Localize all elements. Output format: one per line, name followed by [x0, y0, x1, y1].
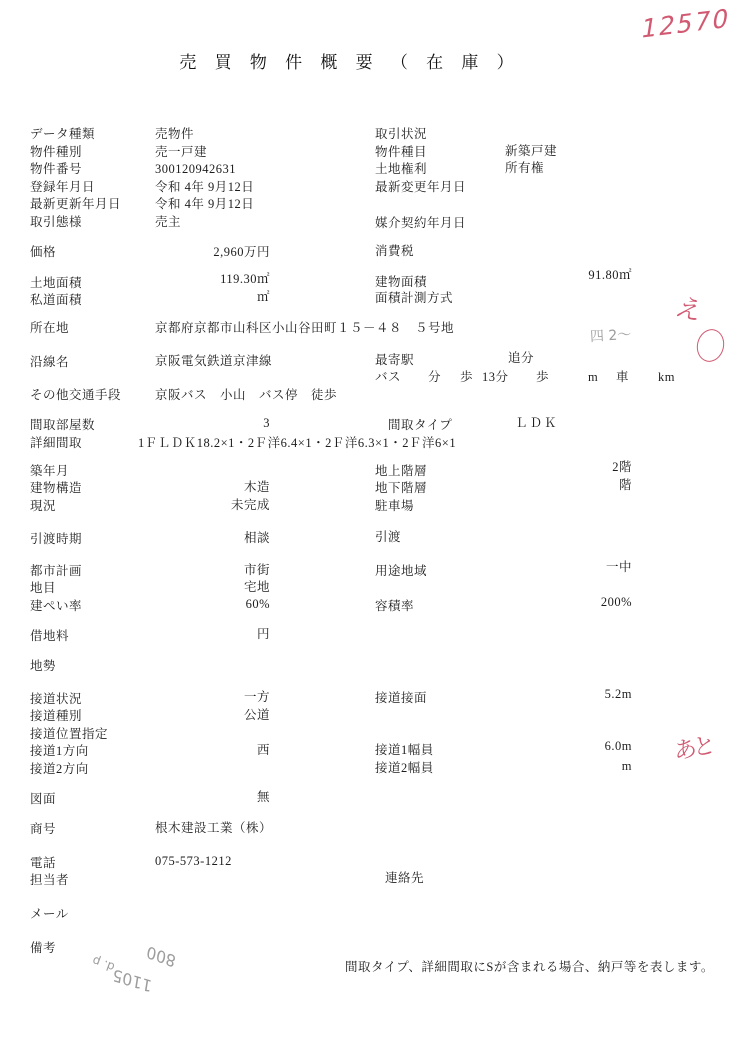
- field-label-nearest-station: 最寄駅: [375, 354, 414, 367]
- field-label-email: メール: [30, 908, 69, 921]
- field-label-road2-direction: 接道2方向: [30, 763, 89, 776]
- transit-bus-label: バス: [375, 371, 401, 384]
- handwritten-doc-number: 12570: [639, 5, 732, 42]
- scanned-property-summary-document: 売 買 物 件 概 要 （ 在 庫 ） 12570 データ種類 売物件 取引状況…: [0, 0, 744, 1053]
- field-label-handover: 引渡: [375, 531, 401, 544]
- field-label-area-measurement: 面積計測方式: [375, 292, 453, 305]
- page-title: 売 買 物 件 概 要 （ 在 庫 ）: [0, 54, 700, 71]
- field-label-property-number: 物件番号: [30, 163, 82, 176]
- field-label-floor-plan-detail: 詳細間取: [30, 437, 82, 450]
- field-label-location: 所在地: [30, 322, 69, 335]
- field-value-nearest-station: 追分: [508, 352, 534, 365]
- handwritten-red-circle: [693, 326, 727, 365]
- field-label-structure: 建物構造: [30, 482, 82, 495]
- field-label-rooms: 間取部屋数: [30, 419, 95, 432]
- field-label-building-area: 建物面積: [375, 276, 427, 289]
- field-label-property-category: 物件種別: [30, 146, 82, 159]
- field-label-road1-direction: 接道1方向: [30, 745, 89, 758]
- transit-car-label: 車: [616, 371, 629, 384]
- field-label-floors-above: 地上階層: [375, 465, 427, 478]
- field-label-current-state: 現況: [30, 500, 56, 513]
- field-label-last-modified-date: 最新変更年月日: [375, 181, 466, 194]
- field-value-floor-area-ratio: 200%: [490, 596, 632, 609]
- field-label-zoning: 用途地域: [375, 565, 427, 578]
- field-value-location: 京都府京都市山科区小山谷田町１５－４８ ５号地: [155, 322, 454, 335]
- field-label-parking: 駐車場: [375, 500, 414, 513]
- handwritten-pencil-bottom-2: 1105: [112, 966, 153, 994]
- field-label-land-area: 土地面積: [30, 277, 82, 290]
- transit-meter-label: m: [588, 371, 598, 384]
- field-value-registered-date: 令和 4年 9月12日: [155, 181, 254, 194]
- field-value-current-state: 未完成: [120, 499, 270, 512]
- field-value-road2-width: m: [490, 760, 632, 773]
- transit-bus-minutes-label: 分: [428, 371, 441, 384]
- field-value-road-contact: 一方: [120, 691, 270, 704]
- field-label-road1-width: 接道1幅員: [375, 744, 434, 757]
- field-value-land-category: 宅地: [120, 581, 270, 594]
- field-value-rooms: 3: [120, 417, 270, 430]
- field-value-road1-width: 6.0m: [490, 740, 632, 753]
- field-label-company: 商号: [30, 823, 56, 836]
- field-label-property-type: 物件種目: [375, 146, 427, 159]
- field-label-land-rights: 土地権利: [375, 163, 427, 176]
- field-value-city-planning: 市街: [120, 564, 270, 577]
- transit-km-label: km: [658, 371, 675, 384]
- field-label-phone: 電話: [30, 857, 56, 870]
- field-value-drawing: 無: [120, 791, 270, 804]
- field-label-private-road-area: 私道面積: [30, 294, 82, 307]
- field-value-road-type: 公道: [120, 709, 270, 722]
- transit-walk2-label: 歩: [536, 371, 549, 384]
- field-value-land-rights: 所有権: [505, 162, 544, 175]
- field-value-last-updated-date: 令和 4年 9月12日: [155, 198, 254, 211]
- handwritten-red-mark: え: [671, 295, 706, 325]
- field-label-floor-plan-type: 間取タイプ: [388, 419, 452, 432]
- field-label-other-transport: その他交通手段: [30, 389, 121, 402]
- field-label-road2-width: 接道2幅員: [375, 762, 434, 775]
- field-value-floor-plan-type: ＬＤＫ: [515, 417, 559, 430]
- field-label-transaction-mode: 取引態様: [30, 216, 82, 229]
- field-label-agency-contract-date: 媒介契約年月日: [375, 217, 466, 230]
- field-value-zoning: 一中: [490, 561, 632, 574]
- field-label-topography: 地勢: [30, 660, 56, 673]
- field-label-registered-date: 登録年月日: [30, 181, 95, 194]
- field-label-price: 価格: [30, 246, 56, 259]
- field-value-floors-above: 2階: [490, 461, 632, 474]
- transit-walk-minutes: 13分: [482, 371, 509, 384]
- field-label-road-frontage: 接道接面: [375, 692, 427, 705]
- field-value-building-coverage: 60%: [120, 598, 270, 611]
- field-label-building-coverage: 建ぺい率: [30, 600, 82, 613]
- field-label-remarks: 備考: [30, 942, 56, 955]
- field-label-land-category: 地目: [30, 582, 56, 595]
- field-value-private-road-area: ㎡: [120, 291, 270, 304]
- field-label-city-planning: 都市計画: [30, 565, 82, 578]
- field-label-contact: 連絡先: [385, 872, 424, 885]
- field-value-road-frontage: 5.2m: [490, 688, 632, 701]
- field-value-other-transport: 京阪バス 小山 バス停 徒歩: [155, 389, 337, 402]
- field-value-phone: 075-573-1212: [155, 855, 232, 868]
- field-value-company: 根木建設工業（株）: [155, 822, 272, 835]
- field-value-property-number: 300120942631: [155, 163, 236, 176]
- field-label-contact-person: 担当者: [30, 874, 69, 887]
- field-value-road1-direction: 西: [120, 744, 270, 757]
- field-label-road-contact: 接道状況: [30, 693, 82, 706]
- field-label-data-type: データ種類: [30, 128, 95, 141]
- field-value-handover-time: 相談: [120, 532, 270, 545]
- handwritten-red-note: あと: [673, 735, 712, 765]
- handwritten-pencil-note: 四 2〜: [590, 328, 632, 344]
- field-value-building-area: 91.80㎡: [490, 269, 632, 282]
- transit-walk-label: 歩: [460, 371, 473, 384]
- field-value-floor-plan-detail: 1ＦＬＤＫ18.2×1・2Ｆ洋6.4×1・2Ｆ洋6.3×1・2Ｆ洋6×1: [138, 437, 456, 450]
- field-value-data-type: 売物件: [155, 128, 194, 141]
- field-label-drawing: 図面: [30, 793, 56, 806]
- field-label-transaction-status: 取引状況: [375, 128, 427, 141]
- handwritten-pencil-bottom-3: d. p: [91, 954, 117, 973]
- field-value-transaction-mode: 売主: [155, 216, 181, 229]
- field-label-road-type: 接道種別: [30, 710, 82, 723]
- field-label-last-updated-date: 最新更新年月日: [30, 198, 121, 211]
- field-value-price: 2,960万円: [120, 246, 270, 259]
- field-value-structure: 木造: [120, 481, 270, 494]
- field-label-built-date: 築年月: [30, 465, 69, 478]
- field-label-land-rent: 借地料: [30, 630, 69, 643]
- field-value-property-category: 売一戸建: [155, 146, 207, 159]
- field-label-floors-below: 地下階層: [375, 482, 427, 495]
- field-label-handover-time: 引渡時期: [30, 533, 82, 546]
- field-label-rail-line: 沿線名: [30, 356, 69, 369]
- field-value-land-rent: 円: [120, 628, 270, 641]
- field-value-property-type: 新築戸建: [505, 145, 557, 158]
- field-label-floor-area-ratio: 容積率: [375, 600, 414, 613]
- field-value-land-area: 119.30㎡: [120, 273, 270, 286]
- field-value-rail-line: 京阪電気鉄道京津線: [155, 355, 272, 368]
- field-label-consumption-tax: 消費税: [375, 245, 414, 258]
- field-label-road-position: 接道位置指定: [30, 728, 108, 741]
- footer-note: 間取タイプ、詳細間取にSが含まれる場合、納戸等を表します。: [345, 961, 714, 974]
- handwritten-pencil-bottom-1: 800: [145, 943, 177, 969]
- field-value-floors-below: 階: [490, 479, 632, 492]
